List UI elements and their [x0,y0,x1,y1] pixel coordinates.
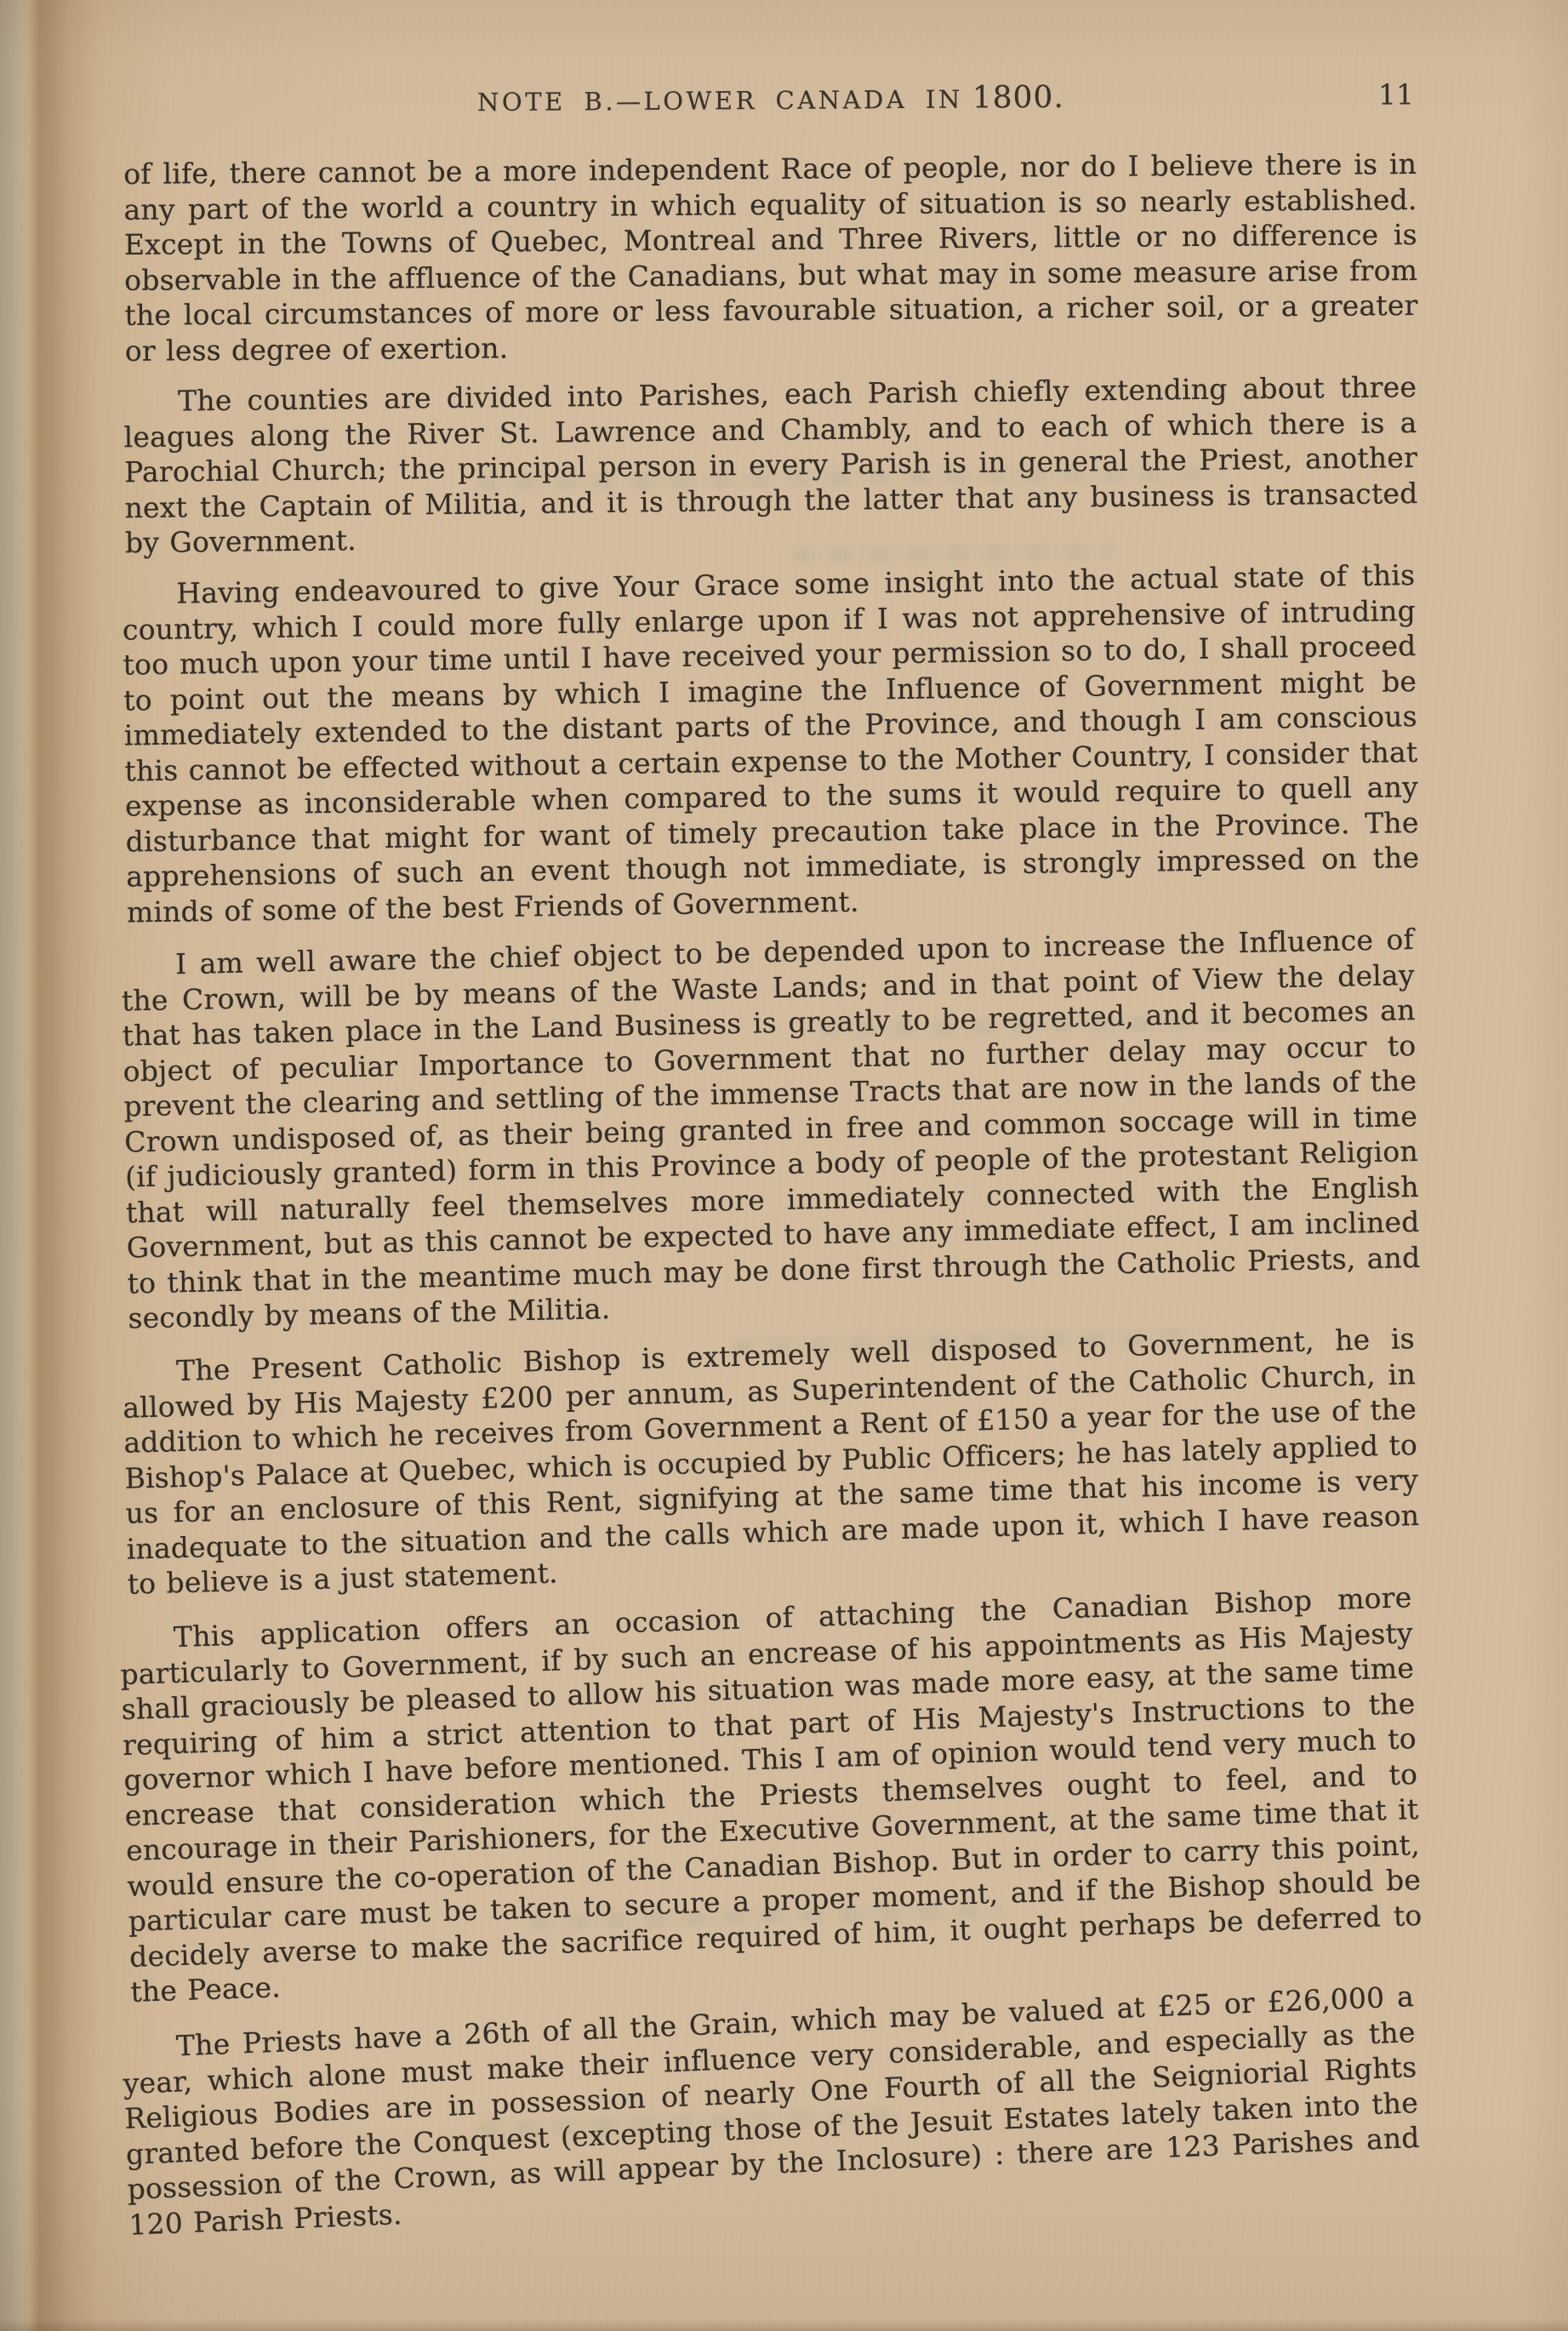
paragraph-7: The Priests have a 26th of all the Grain… [121,1979,1422,2242]
paragraph-4: I am well aware the chief object to be d… [121,922,1422,1336]
running-title-year: 1800. [972,80,1064,116]
running-title: NOTE B.—LOWER CANADA IN 1800. [124,77,1417,120]
running-title-text: NOTE B.—LOWER CANADA IN [477,85,963,117]
paragraph-1: of life, there cannot be a more independ… [123,146,1418,369]
paragraph-3: Having endeavoured to give Your Grace so… [122,557,1420,930]
letter-body: of life, there cannot be a more independ… [124,146,1417,2202]
book-page-scan: NOTE B.—LOWER CANADA IN 1800. 11 of life… [0,0,1568,2331]
paragraph-6: This application offers an occasion of a… [118,1580,1423,2009]
page-header: NOTE B.—LOWER CANADA IN 1800. 11 [124,77,1417,129]
page-number: 11 [1378,77,1414,111]
paragraph-2: The counties are divided into Parishes, … [123,369,1418,561]
paragraph-5: The Present Catholic Bishop is extremely… [122,1321,1421,1602]
